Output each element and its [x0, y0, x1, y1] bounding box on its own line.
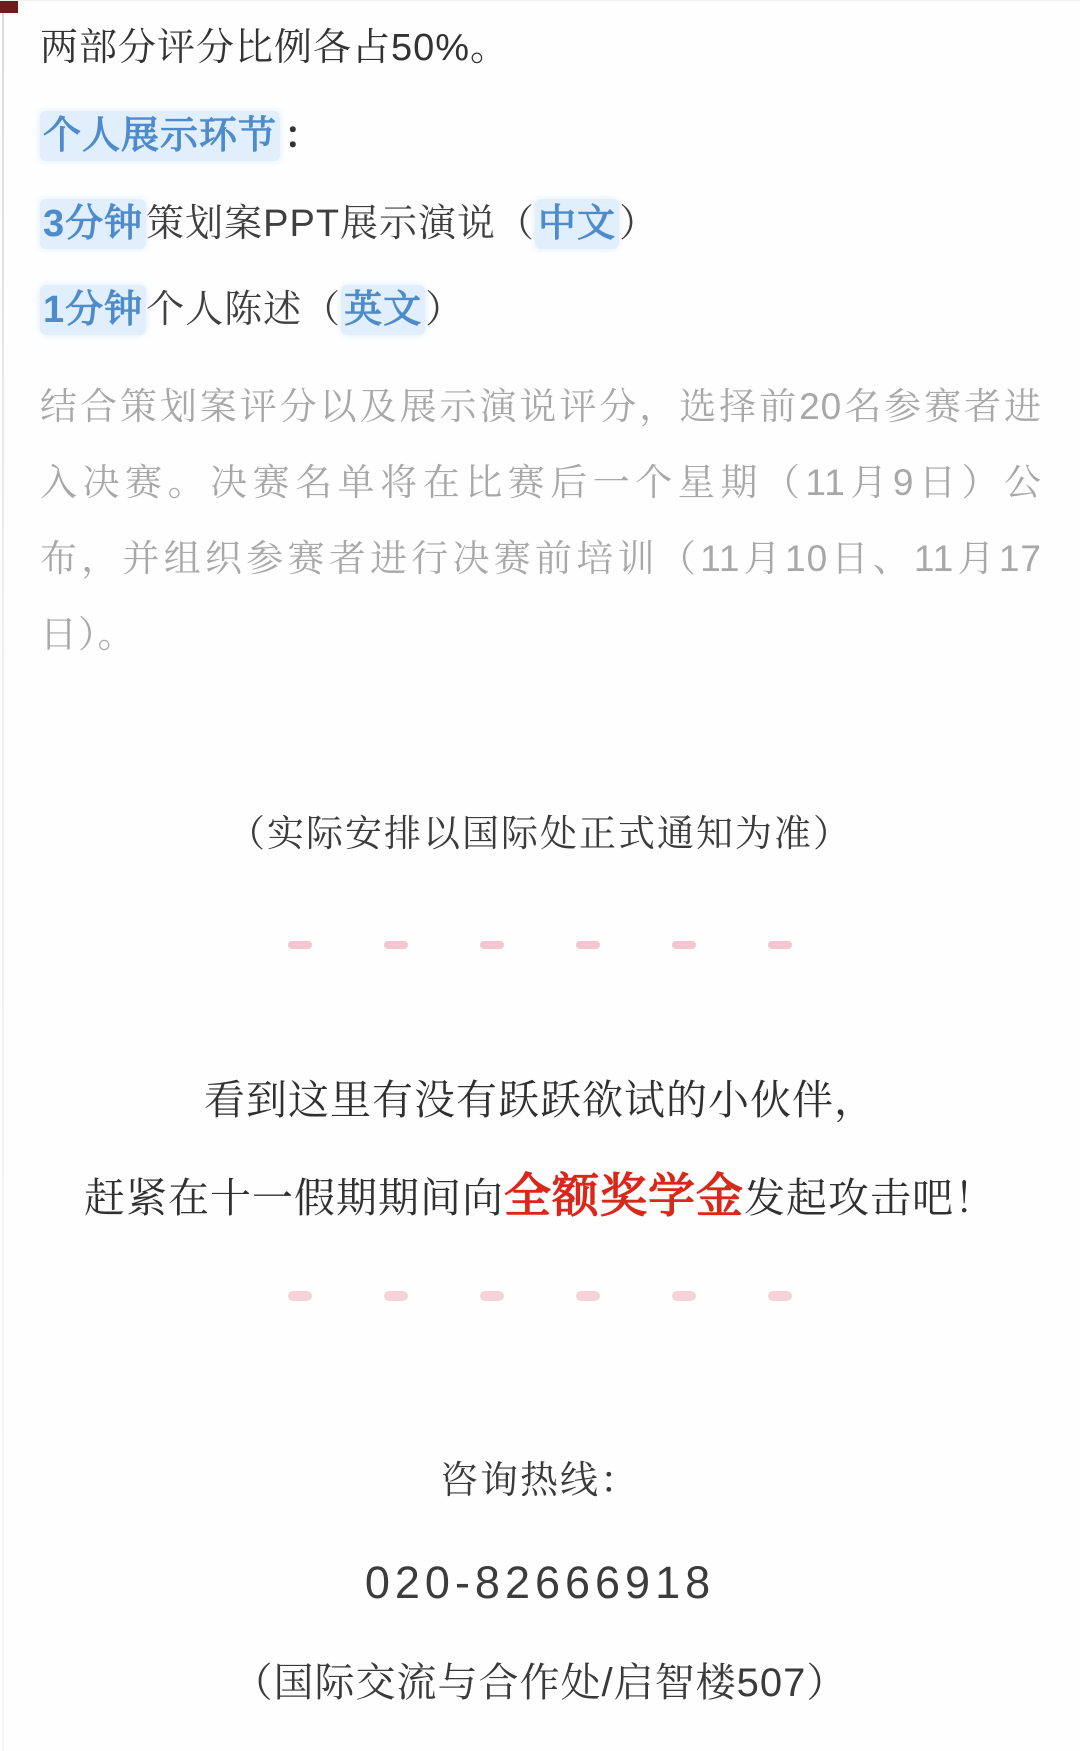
section-heading: 个人展示环节： — [40, 113, 323, 161]
intro-text: 两部分评分比例各占50%。 — [40, 25, 509, 73]
hotline-address: （国际交流与合作处/启智楼507） — [0, 1651, 1080, 1708]
divider-dash — [672, 941, 696, 949]
section-heading-text: 个人展示环节 — [40, 111, 280, 161]
item-text-close: ） — [619, 203, 658, 245]
slogan-text-post: 发起攻击吧！ — [744, 1175, 996, 1221]
note-text: （实际安排以国际处正式通知为准） — [0, 803, 1080, 857]
divider-dash — [384, 941, 408, 949]
divider-dash — [768, 941, 792, 949]
dashed-divider-top — [0, 941, 1080, 949]
article-page: 两部分评分比例各占50%。 个人展示环节： 3分钟策划案PPT展示演说（中文） … — [0, 0, 1080, 1751]
divider-dash — [768, 1291, 792, 1301]
slogan-text-pre: 赶紧在十一假期期间向 — [84, 1175, 504, 1221]
language-highlight: 中文 — [535, 199, 619, 249]
hotline-number: 020-82666918 — [0, 1557, 1080, 1609]
slogan-line-1: 看到这里有没有跃跃欲试的小伙伴， — [0, 1067, 1080, 1126]
detail-line: 布，并组织参赛者进行决赛前培训（11月10日、11月17 — [40, 521, 1042, 597]
divider-dash — [480, 941, 504, 949]
divider-dash — [672, 1291, 696, 1301]
scholarship-emphasis: 全额奖学金 — [504, 1169, 744, 1222]
item-text: 策划案PPT展示演说（ — [146, 203, 535, 245]
section-heading-colon: ： — [284, 115, 323, 157]
hotline-label: 咨询热线： — [0, 1449, 1080, 1504]
corner-artifact — [0, 1, 18, 13]
detail-line: 日）。 — [40, 597, 1042, 673]
item-text: 个人陈述（ — [146, 289, 341, 331]
divider-dash — [480, 1291, 504, 1301]
slogan-line-2: 赶紧在十一假期期间向全额奖学金发起攻击吧！ — [0, 1159, 1080, 1226]
list-item-ppt-presentation: 3分钟策划案PPT展示演说（中文） — [40, 201, 658, 249]
dashed-divider-bottom — [0, 1291, 1080, 1301]
divider-dash — [288, 1291, 312, 1301]
item-text-close: ） — [425, 289, 464, 331]
divider-dash — [576, 1291, 600, 1301]
detail-line: 结合策划案评分以及展示演说评分，选择前20名参赛者进 — [40, 369, 1042, 445]
duration-highlight: 1分钟 — [40, 285, 146, 335]
divider-dash — [384, 1291, 408, 1301]
language-highlight: 英文 — [341, 285, 425, 335]
detail-paragraph: 结合策划案评分以及展示演说评分，选择前20名参赛者进 入决赛。决赛名单将在比赛后… — [40, 369, 1042, 673]
list-item-personal-statement: 1分钟个人陈述（英文） — [40, 287, 464, 335]
divider-dash — [288, 941, 312, 949]
detail-line: 入决赛。决赛名单将在比赛后一个星期（11月9日）公 — [40, 445, 1042, 521]
duration-highlight: 3分钟 — [40, 199, 146, 249]
divider-dash — [576, 941, 600, 949]
